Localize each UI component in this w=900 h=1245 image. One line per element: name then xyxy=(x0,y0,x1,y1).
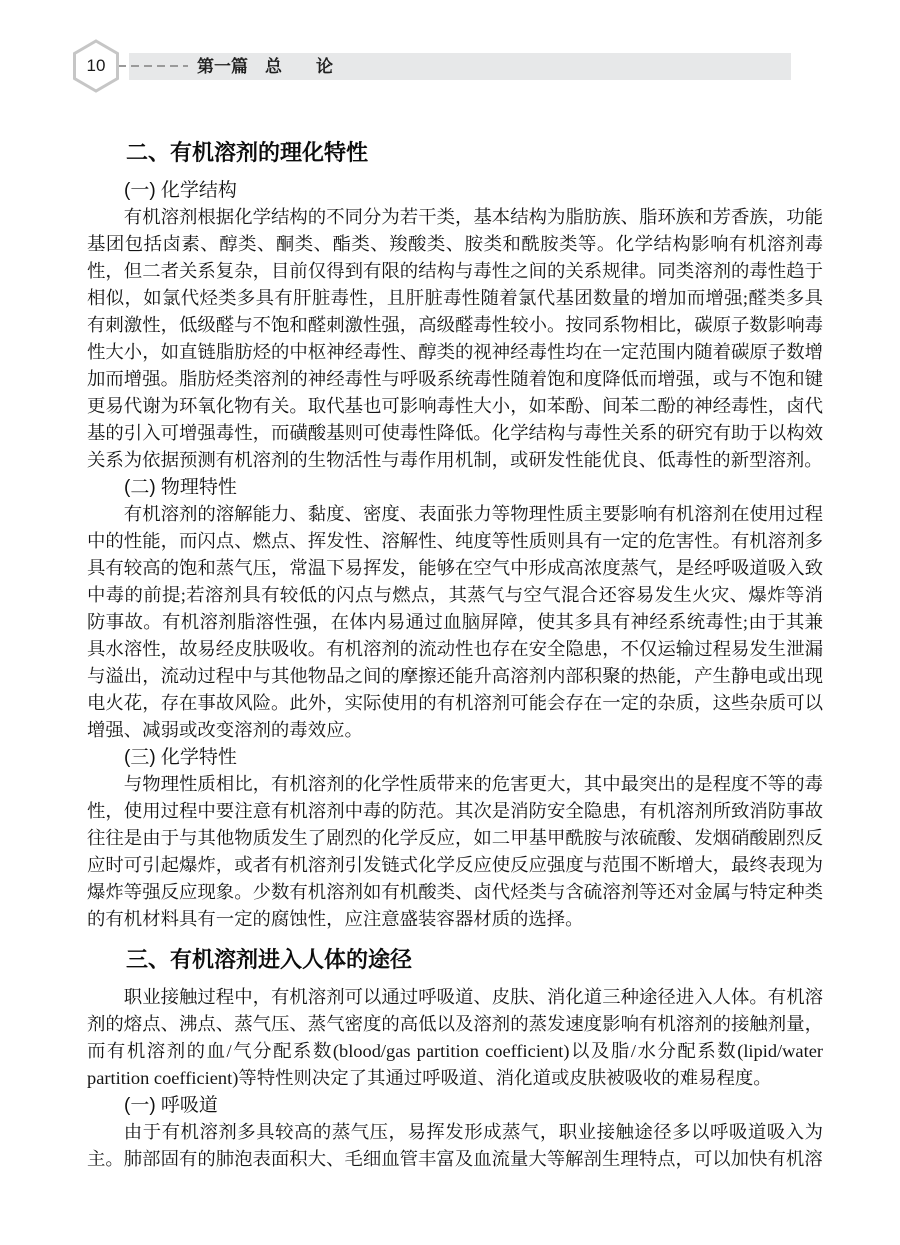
dashed-line xyxy=(118,65,188,67)
subsection-heading-respiratory: (一) 呼吸道 xyxy=(124,1092,823,1119)
page-content: 二、有机溶剂的理化特性 (一) 化学结构 有机溶剂根据化学结构的不同分为若干类，… xyxy=(87,138,823,1173)
book-page: 10 第一篇 总 论 二、有机溶剂的理化特性 (一) 化学结构 有机溶剂根据化学… xyxy=(0,0,900,1245)
header-band: 第一篇 总 论 xyxy=(129,53,791,80)
page-number-badge: 10 xyxy=(72,39,120,93)
page-header: 10 第一篇 总 论 xyxy=(0,0,900,93)
page-number: 10 xyxy=(72,39,120,93)
paragraph-routes-intro: 职业接触过程中，有机溶剂可以通过呼吸道、皮肤、消化道三种途径进入人体。有机溶剂的… xyxy=(87,984,823,1092)
section-heading-properties: 二、有机溶剂的理化特性 xyxy=(126,138,823,168)
paragraph-respiratory: 由于有机溶剂多具较高的蒸气压，易挥发形成蒸气，职业接触途径多以呼吸道吸入为主。肺… xyxy=(87,1119,823,1173)
subsection-heading-physical: (二) 物理特性 xyxy=(124,474,823,501)
paragraph-chemical-structure: 有机溶剂根据化学结构的不同分为若干类，基本结构为脂肪族、脂环族和芳香族，功能基团… xyxy=(87,204,823,474)
paragraph-chemical: 与物理性质相比，有机溶剂的化学性质带来的危害更大，其中最突出的是程度不等的毒性，… xyxy=(87,771,823,933)
subsection-heading-chemical-structure: (一) 化学结构 xyxy=(124,177,823,204)
paragraph-physical: 有机溶剂的溶解能力、黏度、密度、表面张力等物理性质主要影响有机溶剂在使用过程中的… xyxy=(87,501,823,744)
subsection-heading-chemical: (三) 化学特性 xyxy=(124,744,823,771)
running-head-title: 第一篇 总 论 xyxy=(197,53,333,80)
section-heading-routes: 三、有机溶剂进入人体的途径 xyxy=(126,945,823,975)
